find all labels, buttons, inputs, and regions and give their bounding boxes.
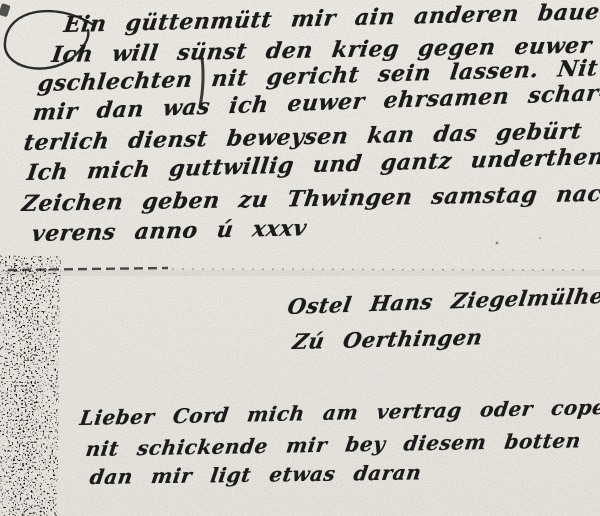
toner-speck	[539, 237, 541, 239]
scan-seam-shadow	[0, 270, 600, 276]
toner-speck	[6, 288, 9, 291]
signature-line: Ostel Hans Ziegelmülher	[286, 282, 600, 319]
scan-seam-line-left	[8, 268, 168, 270]
letter-line: verens anno ú xxxv	[30, 215, 308, 247]
postscript-line: Lieber Cord mich am vertrag oder copeij	[78, 395, 600, 430]
photocopy-speckle-band	[4, 268, 51, 516]
postscript-line: nit schickende mir bey diesem botten	[84, 428, 582, 461]
toner-speck	[496, 242, 499, 245]
postscript-line: dan mir ligt etwas daran	[88, 460, 423, 489]
manuscript-scan: Ein güttenmütt mir ain anderen bauen Ich…	[0, 0, 600, 516]
letter-line: Zeichen geben zu Thwingen samstag nach	[20, 181, 600, 217]
scan-seam-line-right	[172, 269, 592, 270]
letter-line: Ein güttenmütt mir ain anderen bauen	[62, 0, 600, 38]
corner-ink-mark	[0, 3, 11, 17]
signature-line: Zú Oerthingen	[291, 324, 485, 354]
